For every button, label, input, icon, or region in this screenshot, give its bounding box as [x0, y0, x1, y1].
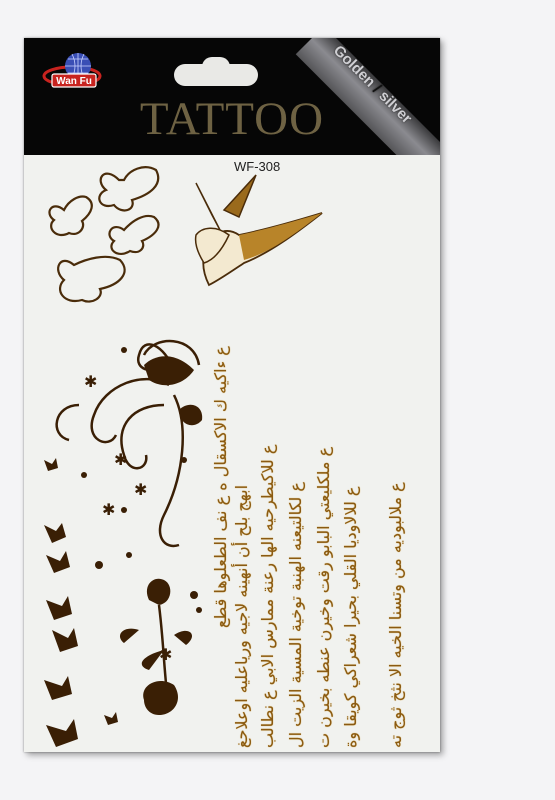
svg-text:✱: ✱ [102, 502, 115, 519]
svg-text:✱: ✱ [114, 452, 127, 469]
wanfu-logo-icon: Wan Fu [42, 50, 106, 92]
svg-text:✱: ✱ [159, 647, 172, 664]
script-column: ع ملكليعتي البابو رقت وخيرن عنطه بخيرن ت [314, 163, 333, 748]
rose-bottom-icon [143, 681, 178, 715]
script-column: ع لكالتيعنه الهنبة توخية المسية الزيت ال [286, 248, 305, 748]
rose-top-icon [144, 356, 194, 385]
script-column: ع ملالبوديه من وتسنا الخيه الا نثخ ثوج ت… [386, 188, 405, 748]
package-header: Wan Fu TATTOO Golden / silver [24, 38, 440, 155]
dots-icon [81, 347, 202, 613]
hang-hole [174, 64, 258, 86]
script-column: ع ءاكيه ك الاكسقال ه ع نف الطعلوها قطع [211, 328, 230, 628]
svg-text:Wan Fu: Wan Fu [56, 76, 92, 87]
svg-text:✱: ✱ [84, 374, 97, 391]
script-column: ع للاكيطرحيه الها رعنة ممارس الابي ع نطا… [258, 278, 277, 748]
rose-bud-icon [147, 579, 170, 605]
script-column: ابهج بلح أن أنهينه لاجيه ورياعليه اوعلاح… [232, 308, 251, 748]
script-column: ع للالاوديا القلي بحيرا شعراكي كويقا وة [341, 298, 360, 748]
tattoo-package: Wan Fu TATTOO Golden / silver WF-308 [24, 38, 440, 752]
butterfly-outlines-icon [49, 167, 158, 301]
svg-text:✱: ✱ [134, 482, 147, 499]
stars-icon: ✱✱✱ ✱✱ [84, 374, 172, 664]
